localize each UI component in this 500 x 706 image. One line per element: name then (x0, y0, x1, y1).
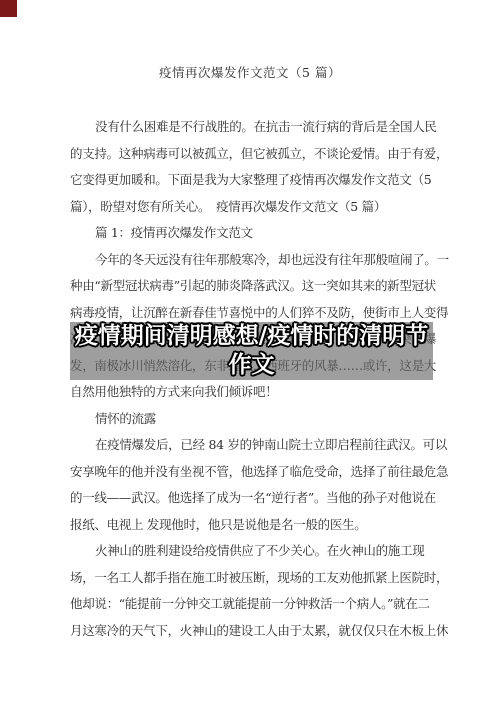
document-title: 疫情再次爆发作文范文（5 篇） (0, 64, 500, 82)
body-line: 情怀的流露 (70, 406, 435, 433)
body-line: 他却说：“能提前一分钟交工就能提前一分钟救活一个病人。”就在二 (70, 591, 435, 618)
body-line: 今年的冬天远没有往年那般寒冷，却也远没有往年那般喧闹了。一 (70, 247, 435, 274)
body-line: 安享晚年的他并没有坐视不管，他选择了临危受命，选择了前往最危急 (70, 459, 435, 486)
body-line: 在疫情爆发后，已经 84 岁的钟南山院士立即启程前往武汉。可以 (70, 432, 435, 459)
body-line: 报纸、电视上 发现他时，他只是说他是名一般的医生。 (70, 512, 435, 539)
body-line: 的一线——武汉。他选择了成为一名“逆行者”。当他的孙子对他说在 (70, 485, 435, 512)
body-line: 没有什么困难是不行战胜的。在抗击一流行病的背后是全国人民 (70, 114, 435, 141)
body-line: 它变得更加暖和。下面是我为大家整理了疫情再次爆发作文范文（5 (70, 167, 435, 194)
watermark-banner: 疫情期间清明感想/疫情时的清明节 作文 (70, 322, 433, 380)
body-line: 的支持。这种病毒可以被孤立，但它被孤立，不谈论爱情。由于有爱， (70, 141, 435, 168)
body-line: 自然用他独特的方式来向我们倾诉吧！ (70, 379, 435, 406)
body-line: 篇 1：疫情再次爆发作文范文 (70, 220, 435, 247)
corner-logo-square (0, 0, 17, 17)
document-page: 疫情再次爆发作文范文（5 篇） 没有什么困难是不行战胜的。在抗击一流行病的背后是… (0, 0, 500, 706)
body-line: 种由“新型冠状病毒”引起的肺炎降落武汉。这一突如其来的新型冠状 (70, 273, 435, 300)
watermark-banner-line1: 疫情期间清明感想/疫情时的清明节 (75, 322, 428, 351)
body-line: 月这寒冷的天气下，火神山的建设工人由于太累，就仅仅只在木板上休 (70, 618, 435, 645)
body-line: 火神山的胜利建设给疫情供应了不少关心。在火神山的施工现 (70, 538, 435, 565)
watermark-banner-line2: 作文 (229, 351, 275, 380)
body-line: 场，一名工人都手指在施工时被压断，现场的工友劝他抓紧上医院时， (70, 565, 435, 592)
body-line: 篇），盼望对您有所关心。 疫情再次爆发作文范文（5 篇） (70, 194, 435, 221)
